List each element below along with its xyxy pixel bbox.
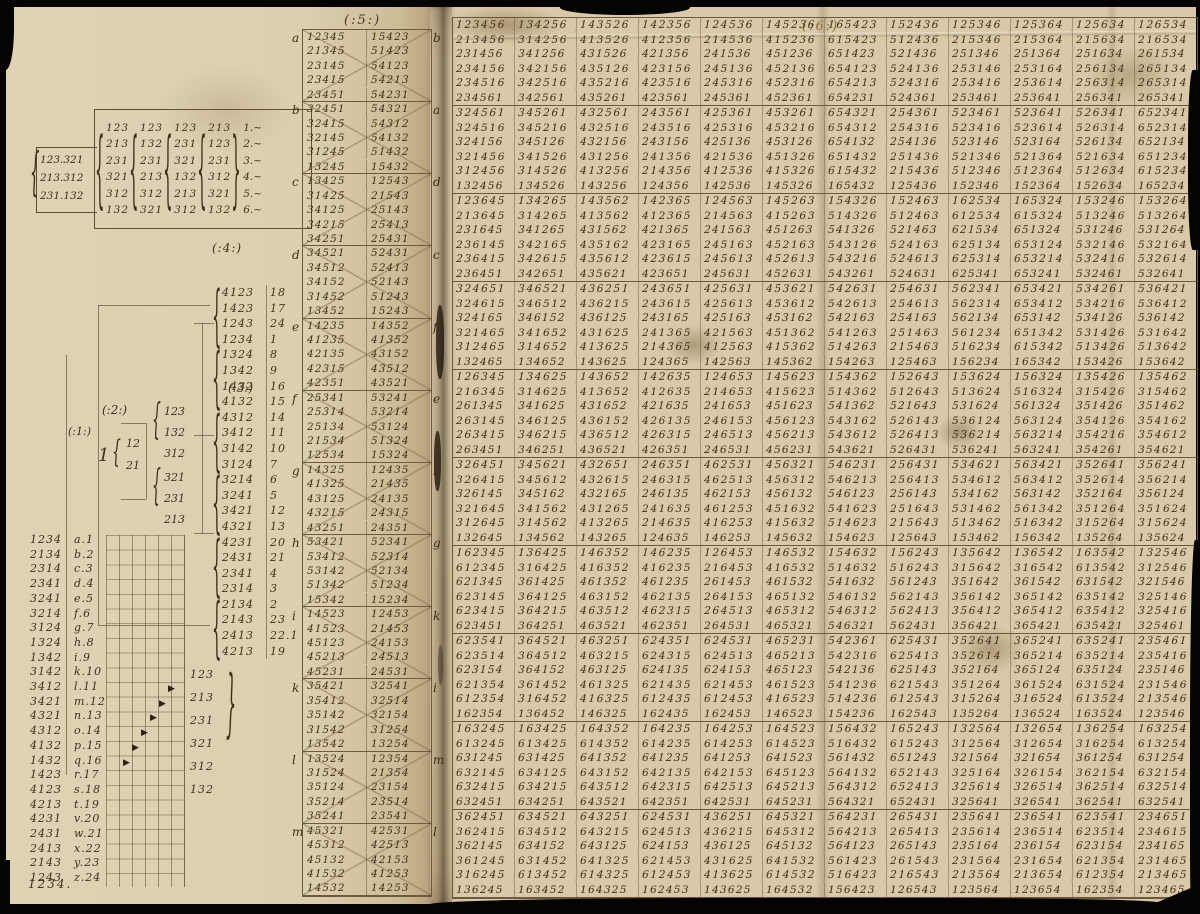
table-6-cell: 342615 xyxy=(515,252,578,267)
table-5-row: 2531453214 xyxy=(303,405,431,419)
table-6-cell: 531246 xyxy=(1073,223,1136,238)
tree-pair-value: 12 xyxy=(126,433,140,455)
table-6-cell: 215634 xyxy=(1073,33,1135,48)
table-5-cell: 25341 xyxy=(303,391,367,405)
table-6-row: 1234561342561435261423561245361452361654… xyxy=(453,18,1197,33)
table-6-cell: 312465 xyxy=(453,340,516,355)
table-6-cell: 142635 xyxy=(639,370,702,385)
table-6-cell: 532146 xyxy=(1073,238,1135,253)
table-5-cell: 12543 xyxy=(367,174,431,188)
table-6-cell: 621453 xyxy=(639,854,701,869)
table-6-cell: 435126 xyxy=(577,62,639,77)
table-6-cell: 521634 xyxy=(1073,150,1135,165)
table-6-cell: 416352 xyxy=(577,561,639,576)
table-6-cell: 561423 xyxy=(825,854,887,869)
table-6-cell: 425361 xyxy=(701,106,764,121)
table-6-cell: 632415 xyxy=(453,780,516,795)
table-6-cell: 431562 xyxy=(577,223,640,238)
table-6-cell: 651432 xyxy=(825,150,887,165)
table-6-cell: 436215 xyxy=(701,825,763,840)
table-6-cell: 124536 xyxy=(701,18,764,33)
table-6-cell: 436125 xyxy=(701,839,764,854)
table-6-cell: 136245 xyxy=(453,883,515,898)
table-6-cell: 615432 xyxy=(825,164,888,179)
table-6-cell: 142563 xyxy=(701,355,763,370)
table-5-cell: 14253 xyxy=(367,881,431,895)
table-6-cell: 523146 xyxy=(949,135,1012,150)
table-6-cell: 561324 xyxy=(1011,399,1074,414)
table-6-band: 1234561342561435261423561245361452361654… xyxy=(453,18,1197,106)
table-6-cell: 231564 xyxy=(949,854,1011,869)
table-6-row: 6324516342516435216423516425316452315643… xyxy=(453,795,1197,810)
table-6-cell: 621534 xyxy=(949,223,1012,238)
table-6-cell: 341562 xyxy=(515,502,577,517)
table-6-cell: 613452 xyxy=(515,868,578,883)
table-6-cell: 631254 xyxy=(1135,751,1198,766)
left-table-permutation: 2341 xyxy=(30,577,74,592)
table-6-cell: 645321 xyxy=(763,810,826,825)
table-6-row: 3241653461524361252431654251634531625421… xyxy=(453,311,1197,326)
table-6-cell: 645312 xyxy=(763,825,825,840)
table-6-cell: 615243 xyxy=(887,737,949,752)
left-table-letter-index: s.18 xyxy=(74,783,108,798)
table-6-cell: 652143 xyxy=(887,766,949,781)
table-6-cell: 125436 xyxy=(887,179,949,194)
table-6-cell: 125634 xyxy=(1073,18,1136,33)
table-6-cell: 361425 xyxy=(515,575,578,590)
table-5-cell: 24315 xyxy=(367,506,432,520)
table-5-row: 3412525143 xyxy=(303,203,431,217)
table-6-cell: 245316 xyxy=(701,76,764,91)
table-6-cell: 546312 xyxy=(825,604,888,619)
left-table-letter-index: g.7 xyxy=(74,621,108,636)
table-5-cell: 53421 xyxy=(303,535,367,549)
left-table-permutation: 3142 xyxy=(30,665,74,680)
table-4-index: 20 xyxy=(267,535,286,551)
table-6-cell: 425163 xyxy=(701,311,764,326)
table-6-cell: 536214 xyxy=(949,428,1012,443)
table-6-cell: 651324 xyxy=(1011,223,1074,238)
table-6-cell: 612345 xyxy=(453,561,515,576)
table-6-cell: 634215 xyxy=(515,780,578,795)
table-6-cell: 125643 xyxy=(887,531,949,546)
left-table-permutation: 1432 xyxy=(30,754,74,769)
table-6-cell: 254316 xyxy=(887,121,949,136)
table-6-cell: 542361 xyxy=(825,634,888,649)
table-6-cell: 351642 xyxy=(949,575,1012,590)
table-6-cell: 543612 xyxy=(825,428,888,443)
table-6-cell: 162354 xyxy=(1073,883,1135,898)
table-6-cell: 216534 xyxy=(1135,33,1197,48)
table-6-cell: 152346 xyxy=(949,179,1011,194)
table-6-cell: 365142 xyxy=(1011,590,1073,605)
table-4-row: 243121 xyxy=(222,550,300,566)
table-5-row: 4312524135 xyxy=(303,492,431,506)
table-5-cell: 43152 xyxy=(367,347,431,361)
table-6-cell: 326415 xyxy=(453,473,515,488)
table-6-cell: 326541 xyxy=(1011,795,1073,810)
table-6-cell: 361254 xyxy=(1073,751,1136,766)
table-6-cell: 156342 xyxy=(1011,531,1073,546)
table-5-cell: 43125 xyxy=(303,492,367,506)
table-6-cell: 412635 xyxy=(639,385,701,400)
table-5-group-letter-left: k xyxy=(292,681,304,695)
tree-upper-value: 132 xyxy=(164,422,185,443)
table-6-row: 3245163452164325162435164253164532166543… xyxy=(453,121,1197,136)
table-6-cell: 524361 xyxy=(887,91,949,106)
table-6-cell: 324651 xyxy=(453,282,516,297)
left-table-permutation: 1423 xyxy=(30,768,74,783)
table-6-row: 2613453416254316524216352416534516235413… xyxy=(453,399,1197,414)
left-table-permutation: 4132 xyxy=(30,739,74,754)
table-5-row: 3152421354 xyxy=(303,766,431,780)
table-5-cell: 31425 xyxy=(303,189,368,203)
table-6-cell: 145263 xyxy=(763,194,826,209)
table-6-cell: 136425 xyxy=(515,546,578,561)
table-4-index: 7 xyxy=(267,457,278,473)
left-table-letter-index: x.22 xyxy=(74,842,108,857)
permutation-3-value: 312 xyxy=(208,169,231,186)
table-6-cell: 513426 xyxy=(1073,340,1136,355)
table-6-cell: 143265 xyxy=(577,531,639,546)
table-6-cell: 324516 xyxy=(453,121,515,136)
table-6-cell: 126534 xyxy=(1135,18,1198,33)
table-4-row: 32146 xyxy=(222,472,300,488)
table-6-row: 3162456134526143256124534136256145325164… xyxy=(453,868,1197,883)
table-6-cell: 241563 xyxy=(701,223,764,238)
table-6-cell: 625431 xyxy=(887,634,950,649)
table-5-cell: 12435 xyxy=(367,463,431,477)
table-5-cell: 45231 xyxy=(303,665,367,679)
table-6-cell: 521463 xyxy=(887,223,950,238)
table-6-cell: 362514 xyxy=(1073,780,1136,795)
table-6-cell: 541236 xyxy=(825,678,887,693)
table-6-cell: 654312 xyxy=(825,121,887,136)
table-6-cell: 612354 xyxy=(453,692,516,707)
permutation-3-value: 132 xyxy=(106,202,129,219)
table-6-cell: 541263 xyxy=(825,326,887,341)
table-5-cell: 24153 xyxy=(367,636,431,650)
table-4-row: 23414 xyxy=(222,566,300,582)
table-6-cell: 314652 xyxy=(515,340,578,355)
table-6-cell: 652413 xyxy=(887,780,950,795)
table-6-cell: 654321 xyxy=(825,106,888,121)
permutation-3-value: 213 xyxy=(106,136,129,153)
table-6-cell: 461253 xyxy=(701,502,763,517)
table-6-cell: 465132 xyxy=(763,590,825,605)
table-6-cell: 216543 xyxy=(887,868,950,883)
left-table-row: 1324h.8 xyxy=(30,636,108,651)
table-6-cell: 561243 xyxy=(887,575,950,590)
table-6-cell: 253461 xyxy=(949,91,1011,106)
table-6-cell: 423615 xyxy=(639,252,702,267)
table-5-cell: 34152 xyxy=(303,275,367,289)
table-5-group-letter-left: g xyxy=(292,464,304,478)
left-table-letter-index: y.23 xyxy=(74,856,108,871)
table-6-cell: 321465 xyxy=(453,326,515,341)
table-6-cell: 241536 xyxy=(701,47,764,62)
table-6-cell: 436215 xyxy=(577,297,639,312)
table-6-cell: 436512 xyxy=(577,428,640,443)
table-5-cell: 51324 xyxy=(367,434,432,448)
table-6-cell: 415623 xyxy=(763,385,825,400)
table-6-cell: 653421 xyxy=(1011,282,1074,297)
table-6-cell: 153642 xyxy=(1135,355,1197,370)
table-6-cell: 153624 xyxy=(949,370,1012,385)
left-table-letter-index: w.21 xyxy=(74,827,108,842)
table-6-row: 3261453451624321652461354621534561325461… xyxy=(453,487,1197,502)
table-6-cell: 314625 xyxy=(515,385,577,400)
table-5-cell: 35142 xyxy=(303,708,367,722)
table-6-row: 3624156345126432156245134362156453125642… xyxy=(453,825,1197,840)
table-6-cell: 645231 xyxy=(763,795,825,810)
table-6-cell: 345621 xyxy=(515,458,578,473)
table-5-cell: 51234 xyxy=(367,578,432,592)
table-6-cell: 314265 xyxy=(515,209,577,224)
table-6-cell: 134526 xyxy=(515,179,577,194)
table-6-cell: 364125 xyxy=(515,590,577,605)
table-5-group: 3542132541354123251435142321543154231254… xyxy=(303,679,431,751)
permutation-3-value: 321 xyxy=(106,169,129,186)
table-4-index: 16 xyxy=(267,379,286,395)
table-5-cell: 21345 xyxy=(303,44,368,58)
table-5-cell: 24135 xyxy=(367,492,431,506)
table-6-cell: 614523 xyxy=(763,737,825,752)
table-5-cell: 41325 xyxy=(303,477,368,491)
table-4-row: 31247 xyxy=(222,457,300,473)
table-6-cell: 352641 xyxy=(1073,458,1136,473)
table-6-cell: 125463 xyxy=(887,355,949,370)
table-6-cell: 125364 xyxy=(1011,18,1074,33)
table-6-cell: 613425 xyxy=(515,737,577,752)
table-5-group: 1352412354315242135435124231543521423514… xyxy=(303,752,431,824)
table-6-cell: 613542 xyxy=(1073,561,1135,576)
permutation-3-column: 123213231321312132 xyxy=(106,120,129,219)
table-6-cell: 132546 xyxy=(1135,546,1198,561)
table-6-cell: 564321 xyxy=(825,795,887,810)
table-6-cell: 135462 xyxy=(1135,370,1198,385)
table-6-cell: 416532 xyxy=(763,561,825,576)
table-6-cell: 154362 xyxy=(825,370,888,385)
table-4-row: 341211 xyxy=(222,425,300,441)
left-table-permutation: 4321 xyxy=(30,709,74,724)
table-6-cell: 321546 xyxy=(1135,575,1198,590)
table-6-cell: 625413 xyxy=(887,649,949,664)
table-5-group-letter-right: k xyxy=(433,609,445,623)
table-6-cell: 241365 xyxy=(639,326,701,341)
table-5-cell: 31245 xyxy=(303,145,368,159)
table-5-cell: 31542 xyxy=(303,723,368,737)
table-6-row: 6321456341256431526421356421536451235641… xyxy=(453,766,1197,781)
table-6-cell: 516423 xyxy=(825,868,888,883)
table-6-cell: 246153 xyxy=(701,414,763,429)
table-6-cell: 236451 xyxy=(453,267,515,282)
table-6-cell: 321564 xyxy=(949,751,1012,766)
left-table-row: 2134b.2 xyxy=(30,548,108,563)
table-5-row: 1352412354 xyxy=(303,752,431,766)
table-5-cell: 34215 xyxy=(303,218,368,232)
table-6-cell: 621354 xyxy=(453,678,515,693)
table-6-cell: 316245 xyxy=(453,868,516,883)
table-6-cell: 213564 xyxy=(949,868,1012,883)
table-5-row: 3524123541 xyxy=(303,809,431,823)
table-5-cell: 45312 xyxy=(303,838,368,852)
table-5-cell: 43215 xyxy=(303,506,368,520)
table-6-cell: 423156 xyxy=(639,62,701,77)
table-5-cell: 14352 xyxy=(367,319,431,333)
table-6-cell: 134256 xyxy=(515,18,578,33)
table-6-cell: 512436 xyxy=(887,33,949,48)
table-6-cell: 314562 xyxy=(515,516,578,531)
table-5-row: 3451252413 xyxy=(303,261,431,275)
left-table-row: 4321n.13 xyxy=(30,709,108,724)
table-6-cell: 641325 xyxy=(577,854,639,869)
table-5-cell: 21543 xyxy=(367,189,432,203)
left-table-permutation: 1234 xyxy=(30,533,74,548)
table-6-cell: 213465 xyxy=(1135,868,1198,883)
table-6-cell: 536142 xyxy=(1135,311,1198,326)
table-5-group: 1234515423213455142323145541232341554213… xyxy=(303,30,431,102)
table-6-cell: 216453 xyxy=(701,561,763,576)
table-5-cell: 43512 xyxy=(367,362,432,376)
table-6-cell: 612354 xyxy=(1073,868,1136,883)
table-6-row: 3245613452614325612435614253614532616543… xyxy=(453,106,1197,121)
table-5-cell: 35412 xyxy=(303,694,368,708)
table-6-cell: 435612 xyxy=(577,252,640,267)
permutation-3-value: 231 xyxy=(106,153,129,170)
table-5-cell: 35124 xyxy=(303,780,367,794)
table-6-cell: 635124 xyxy=(1073,663,1136,678)
table-4-index: 15 xyxy=(267,394,286,410)
table-6-cell: 352614 xyxy=(1073,473,1135,488)
permutation-3-value: 321 xyxy=(140,202,163,219)
table-6-cell: 251436 xyxy=(887,150,949,165)
table-6-cell: 461532 xyxy=(763,575,826,590)
table-6-cell: 412536 xyxy=(701,164,764,179)
table-5-row: 1342512543 xyxy=(303,174,431,188)
table-5-group: 1342512543314252154334125251433421525413… xyxy=(303,174,431,246)
ink-smudge xyxy=(434,431,441,491)
table-6-cell: 631524 xyxy=(1073,678,1135,693)
table-5-cell: 12345 xyxy=(303,30,367,44)
table-5-row: 1534215234 xyxy=(303,593,431,607)
table-6-cell: 462135 xyxy=(639,590,701,605)
table-6-row: 3621456341526431256241534361256451325641… xyxy=(453,839,1197,854)
table-5-cell: 31524 xyxy=(303,766,368,780)
table-6-cell: 362541 xyxy=(1073,795,1135,810)
table-6-cell: 421563 xyxy=(701,326,763,341)
table-4-index: 10 xyxy=(267,441,286,457)
table-6-cell: 356124 xyxy=(1135,487,1198,502)
table-6-cell: 413625 xyxy=(701,868,764,883)
table-5-cell: 23415 xyxy=(303,73,368,87)
table-6-cell: 413562 xyxy=(577,209,639,224)
table-5: 1234515423213455142323145541232341554213… xyxy=(302,29,432,897)
table-4-permutation: 2134 xyxy=(222,597,267,613)
table-6-cell: 251364 xyxy=(1011,47,1074,62)
table-6-cell: 164235 xyxy=(639,722,702,737)
table-6-cell: 642531 xyxy=(701,795,763,810)
table-5-row: 5341252314 xyxy=(303,550,431,564)
table-4-index: 3 xyxy=(267,581,278,597)
table-6-cell: 124563 xyxy=(701,194,764,209)
table-4-permutation: 1423 xyxy=(222,301,267,317)
table-6-cell: 241635 xyxy=(639,502,701,517)
table-6-cell: 315264 xyxy=(1073,516,1136,531)
table-6-cell: 315642 xyxy=(949,561,1011,576)
table-6-cell: 635421 xyxy=(1073,619,1135,634)
table-6-cell: 352164 xyxy=(949,663,1012,678)
table-5-cell: 42315 xyxy=(303,362,368,376)
table-4-permutation: 4312 xyxy=(222,410,267,426)
left-table-permutation: 3421 xyxy=(30,695,74,710)
table-6-cell: 362145 xyxy=(453,839,516,854)
table-6-cell: 261534 xyxy=(1135,47,1198,62)
table-6-cell: 361245 xyxy=(453,854,515,869)
table-6-cell: 564132 xyxy=(825,766,887,781)
table-5-cell: 51342 xyxy=(303,578,368,592)
table-5-cell: 45321 xyxy=(303,824,367,838)
table-5-cell: 32145 xyxy=(303,131,367,145)
table-6-cell: 623154 xyxy=(1073,839,1136,854)
table-6-row: 2364153426154356124236152456134526135432… xyxy=(453,252,1197,267)
table-6-cell: 462531 xyxy=(701,458,764,473)
table-5-row: 4325124351 xyxy=(303,521,431,535)
table-5-group-letter-left: l xyxy=(292,753,304,767)
table-6-row: 2345613425614352614235612453614523616542… xyxy=(453,91,1197,106)
table-6-cell: 341256 xyxy=(515,47,578,62)
table-5-row: 4523124531 xyxy=(303,665,431,679)
table-5-row: 3514232154 xyxy=(303,708,431,722)
table-6-cell: 625143 xyxy=(887,663,950,678)
table-6-cell: 435216 xyxy=(577,76,640,91)
table-6-cell: 145362 xyxy=(763,355,825,370)
table-6-cell: 316452 xyxy=(515,692,578,707)
table-6-cell: 245361 xyxy=(701,91,763,106)
table-5-cell: 13254 xyxy=(367,737,431,751)
table-6-row: 3264513456214326512463514625314563215462… xyxy=(453,458,1197,473)
table-6-cell: 254136 xyxy=(887,135,950,150)
table-5-row: 2534153241 xyxy=(303,391,431,405)
table-6-cell: 254613 xyxy=(887,297,949,312)
table-6-cell: 435261 xyxy=(577,91,639,106)
table-4-permutation: 2341 xyxy=(222,566,267,582)
table-6-cell: 234561 xyxy=(453,91,515,106)
table-4-permutation: 4123 xyxy=(222,285,267,301)
table-6-cell: 452631 xyxy=(763,267,825,282)
table-5-cell: 41532 xyxy=(303,867,368,881)
section-4-label: (:4:) xyxy=(212,241,242,255)
table-6-cell: 345261 xyxy=(515,106,578,121)
table-5-cell: 32451 xyxy=(303,102,367,116)
table-6-cell: 354612 xyxy=(1135,428,1198,443)
table-5-cell: 52341 xyxy=(367,535,431,549)
table-6-cell: 453621 xyxy=(763,282,826,297)
table-6-cell: 416325 xyxy=(577,692,640,707)
table-6-cell: 624351 xyxy=(639,634,702,649)
table-6-cell: 152436 xyxy=(887,18,950,33)
table-6-row: 1362451634521643251624531436251645321564… xyxy=(453,883,1197,898)
table-4-index: 19 xyxy=(267,644,286,660)
table-5-group-letter-left: f xyxy=(292,392,304,406)
table-5-cell: 32154 xyxy=(367,708,431,722)
table-5-cell: 15243 xyxy=(367,304,431,318)
permutation-3-diagram: {123213231321312132{123132231213312321{1… xyxy=(94,109,312,229)
table-5-group: 3452152431345125241334152521433145251243… xyxy=(303,246,431,318)
table-6-cell: 316425 xyxy=(515,561,577,576)
table-6-cell: 156423 xyxy=(825,883,887,898)
left-table-row: 4123s.18 xyxy=(30,783,108,798)
